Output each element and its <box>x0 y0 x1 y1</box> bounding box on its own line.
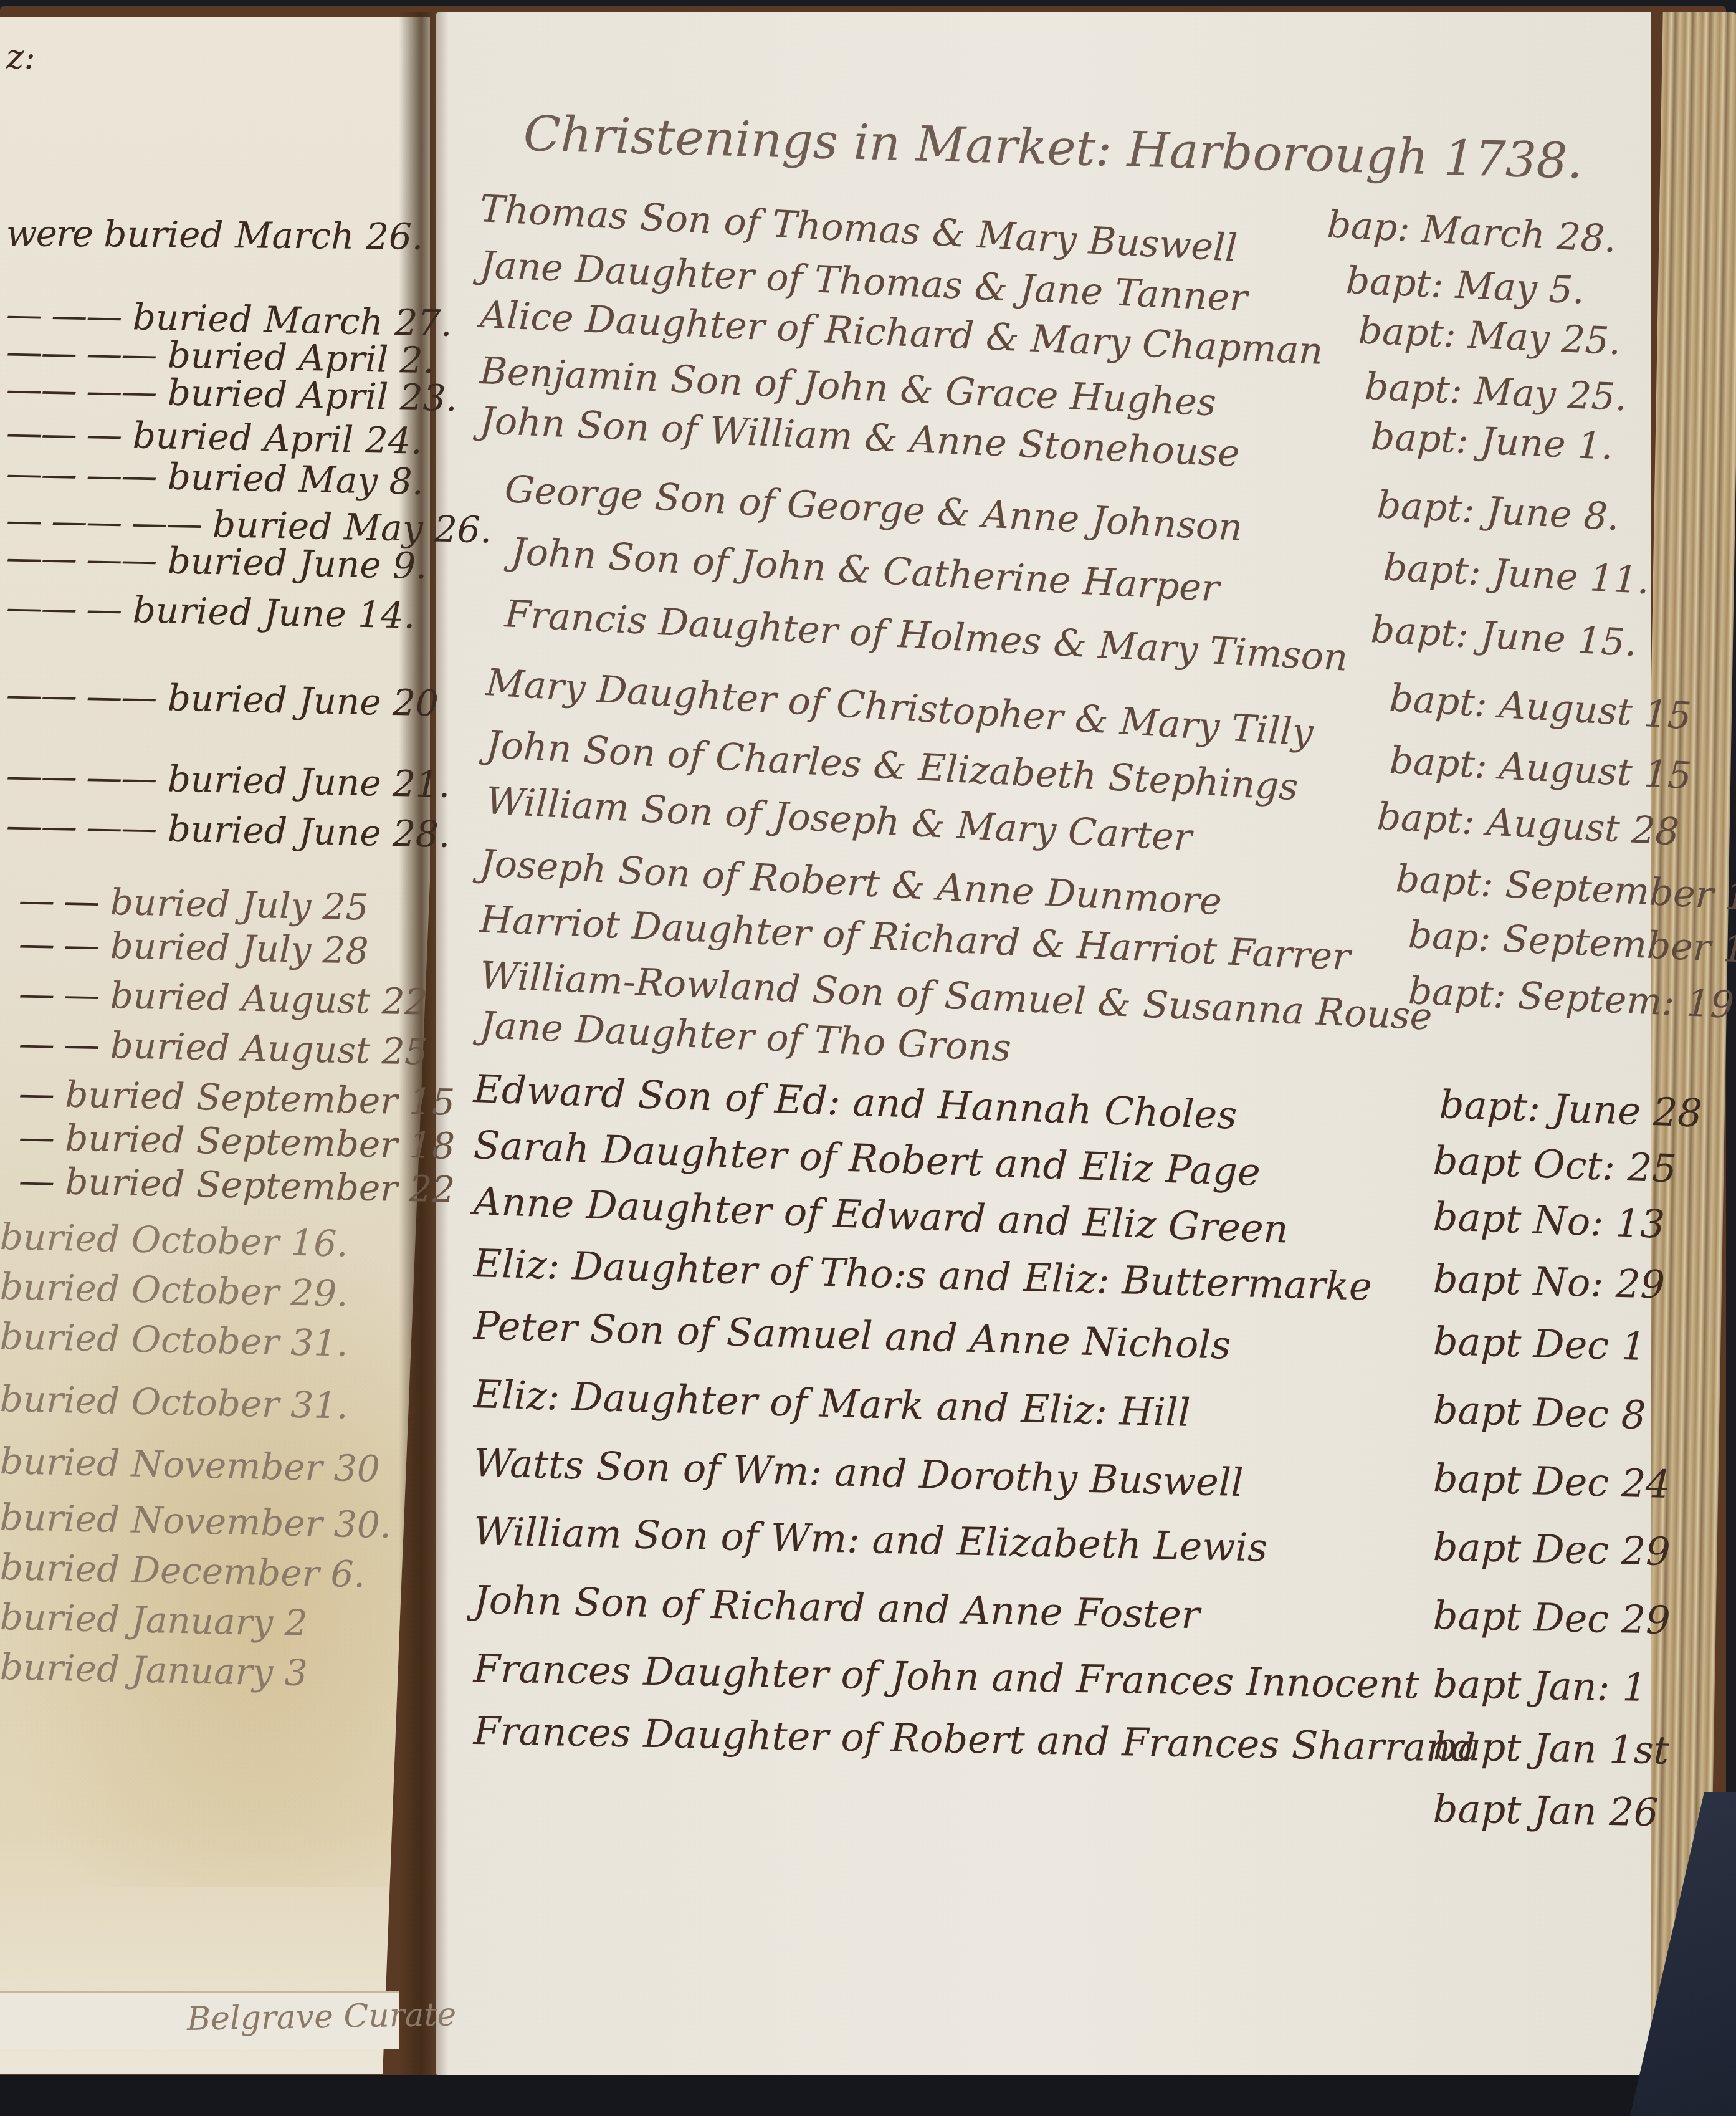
burial-prefix: —— —— <box>6 452 156 497</box>
burial-prefix: —— — <box>6 411 122 456</box>
burial-date: June 20 <box>298 679 439 725</box>
burial-label: buried <box>167 455 288 500</box>
burial-date: January 2 <box>131 1598 308 1644</box>
burial-date: October 29. <box>131 1268 348 1314</box>
curate-signature: Belgrave Curate <box>186 1996 456 2038</box>
burial-date: April 23. <box>298 374 458 419</box>
burial-prefix: —— — <box>6 586 122 631</box>
burial-prefix: —— —— <box>6 673 156 719</box>
burial-entry: —— —— buried June 9. <box>6 536 427 587</box>
burial-entry: buried January 2 <box>0 1596 308 1644</box>
burial-entry: —— —— buried June 20 <box>6 673 439 725</box>
burial-label: buried <box>110 924 231 969</box>
burial-date: April 24. <box>264 417 423 462</box>
burial-entry: — — buried July 25 <box>18 879 369 929</box>
baptism-date: bapt Jan: 1 <box>1433 1661 1647 1710</box>
baptism-date: bapt: June 28 <box>1439 1081 1703 1136</box>
burial-entry: — — buried August 22 <box>18 972 428 1023</box>
burial-label: buried <box>0 1546 120 1591</box>
baptism-date: bapt Dec 1 <box>1433 1318 1646 1369</box>
burial-prefix: — — <box>18 972 99 1017</box>
burial-prefix: — <box>18 1159 54 1202</box>
burial-date: July 25 <box>241 883 370 928</box>
baptism-date: bapt No: 29 <box>1433 1256 1666 1308</box>
baptism-date: bapt Dec 24 <box>1433 1455 1671 1507</box>
baptism-date: bapt Jan 26 <box>1433 1786 1659 1835</box>
burial-label: buried <box>103 213 224 256</box>
burial-date: September 15 <box>196 1076 455 1124</box>
burial-date: October 16. <box>131 1218 348 1265</box>
book-spread: z: were buried March 26.— —— buried Marc… <box>0 0 1736 2116</box>
burial-entry: buried December 6. <box>0 1546 366 1596</box>
burial-date: October 31. <box>131 1380 348 1427</box>
burial-entry: buried January 3 <box>0 1645 308 1694</box>
burial-label: buried <box>110 1024 231 1069</box>
burial-date: March 26. <box>235 214 424 258</box>
burial-prefix: — — <box>18 922 99 967</box>
burial-date: August 25 <box>241 1027 428 1073</box>
burial-entry: buried October 31. <box>0 1377 348 1427</box>
burial-label: buried <box>132 414 253 459</box>
burial-entry: buried November 30. <box>0 1496 392 1546</box>
burial-prefix: —— —— <box>6 754 156 800</box>
burial-date: May 8. <box>298 458 424 503</box>
burial-prefix: —— —— <box>6 804 156 850</box>
burial-prefix: — — <box>18 1022 99 1066</box>
burial-label: buried <box>0 1215 120 1260</box>
burial-date: November 30. <box>131 1498 392 1546</box>
burial-prefix: —— —— <box>6 368 156 413</box>
burial-label: buried <box>167 757 288 802</box>
burial-label: buried <box>0 1315 120 1360</box>
burial-entry: were buried March 26. <box>6 212 424 258</box>
burial-date: July 28 <box>241 927 370 972</box>
baptism-date: bapt Dec 29 <box>1433 1524 1671 1574</box>
burial-label: buried <box>0 1440 120 1485</box>
burial-prefix: were <box>6 212 93 255</box>
burial-label: buried <box>167 676 288 721</box>
burial-label: buried <box>65 1161 186 1205</box>
baptism-date: bapt Dec 8 <box>1433 1387 1646 1438</box>
burial-prefix: — <box>18 1116 54 1159</box>
burial-label: buried <box>110 974 231 1019</box>
burial-date: September 18 <box>196 1119 455 1167</box>
burial-entry: — — buried July 28 <box>18 922 369 972</box>
baptism-date: bapt Dec 29 <box>1433 1592 1671 1643</box>
burial-entry: — — buried August 25 <box>18 1022 428 1073</box>
burial-entry: —— — buried June 14. <box>6 586 416 637</box>
burial-date: October 31. <box>131 1318 348 1364</box>
baptism-date: bapt Jan 1st <box>1433 1723 1669 1773</box>
burial-prefix: — — <box>18 879 99 923</box>
burial-label: buried <box>167 371 288 416</box>
burial-label: buried <box>65 1117 186 1162</box>
burial-entry: buried October 29. <box>0 1265 348 1315</box>
burial-date: June 28. <box>298 810 451 856</box>
left-header-fragment: z: <box>6 37 36 77</box>
burial-label: buried <box>65 1073 186 1118</box>
burial-label: buried <box>0 1645 120 1690</box>
table-surface <box>0 2075 1736 2116</box>
burial-entry: buried November 30 <box>0 1440 380 1490</box>
burial-label: buried <box>0 1265 120 1310</box>
burial-label: buried <box>132 588 253 633</box>
burial-date: June 21. <box>298 760 451 806</box>
burial-date: January 3 <box>131 1648 308 1694</box>
burial-entry: buried October 16. <box>0 1215 348 1265</box>
burial-label: buried <box>0 1596 120 1640</box>
burial-date: June 14. <box>264 591 416 637</box>
burial-date: September 22 <box>196 1163 455 1211</box>
burial-date: December 6. <box>131 1548 366 1596</box>
burial-label: buried <box>0 1496 120 1541</box>
burial-date: November 30 <box>131 1442 381 1490</box>
burial-date: June 9. <box>298 542 427 587</box>
burial-entry: —— —— buried May 8. <box>6 452 424 503</box>
burial-label: buried <box>110 881 231 926</box>
burial-label: buried <box>167 807 288 852</box>
burial-prefix: — <box>18 1072 54 1115</box>
burial-label: buried <box>0 1377 120 1422</box>
burial-label: buried <box>167 539 288 584</box>
burial-prefix: —— —— <box>6 536 156 582</box>
baptism-date: bapt Oct: 25 <box>1433 1137 1677 1192</box>
burial-date: August 22 <box>241 977 428 1023</box>
baptism-date: bapt No: 13 <box>1433 1194 1666 1247</box>
burial-entry: buried October 31. <box>0 1315 348 1365</box>
